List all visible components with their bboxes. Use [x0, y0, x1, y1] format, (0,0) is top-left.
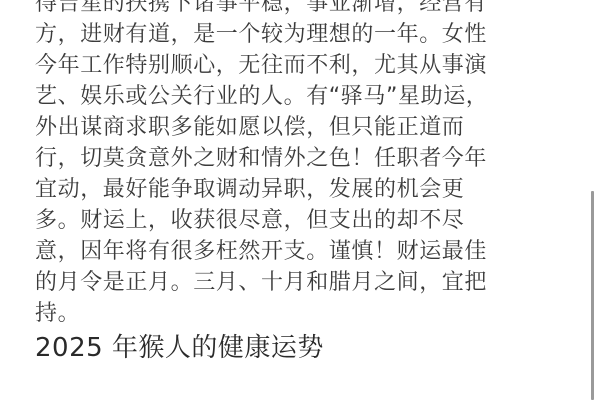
paragraph-line: 得吉星的扶携下诸事平稳，事业渐增，经营有	[35, 0, 555, 19]
paragraph-line: 宜动，最好能争取调动异职，发展的机会更	[35, 174, 555, 205]
article-content: 得吉星的扶携下诸事平稳，事业渐增，经营有 方，进财有道，是一个较为理想的一年。女…	[35, 0, 555, 365]
paragraph-line: 的月令是正月。三月、十月和腊月之间，宜把	[35, 267, 555, 298]
paragraph-line: 方，进财有道，是一个较为理想的一年。女性	[35, 19, 555, 50]
paragraph-line: 多。财运上，收获很尽意，但支出的却不尽	[35, 205, 555, 236]
vertical-scrollbar[interactable]	[591, 191, 594, 400]
section-heading: 2025 年猴人的健康运势	[35, 331, 555, 365]
paragraph-line: 今年工作特别顺心，无往而不利，尤其从事演	[35, 50, 555, 81]
paragraph-line: 意，因年将有很多枉然开支。谨慎！财运最佳	[35, 236, 555, 267]
paragraph-line: 艺、娱乐或公关行业的人。有“驿马”星助运，	[35, 81, 555, 112]
paragraph-line: 行，切莫贪意外之财和情外之色！任职者今年	[35, 143, 555, 174]
paragraph-line: 持。	[35, 298, 555, 329]
paragraph-line: 外出谋商求职多能如愿以偿，但只能正道而	[35, 112, 555, 143]
